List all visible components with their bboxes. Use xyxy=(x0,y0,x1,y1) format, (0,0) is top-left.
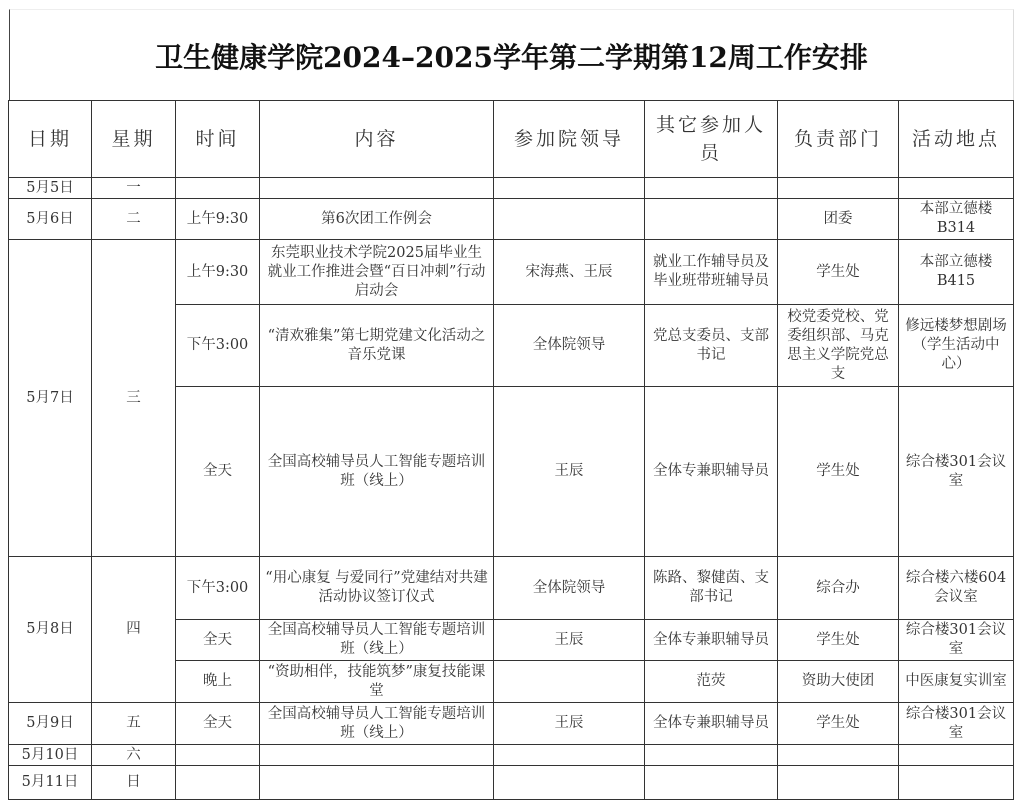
date-cell: 5月5日 xyxy=(8,177,92,199)
department-cell: 学生处 xyxy=(777,386,899,557)
others-cell xyxy=(644,765,778,800)
content-cell xyxy=(259,744,494,766)
header-date: 日期 xyxy=(8,100,92,178)
time-cell: 上午9:30 xyxy=(175,239,260,305)
time-cell: 全天 xyxy=(175,702,260,745)
date-cell: 5月7日 xyxy=(8,239,92,557)
department-cell: 综合办 xyxy=(777,556,899,620)
location-cell: 综合楼301会议室 xyxy=(898,702,1014,745)
header-location: 活动地点 xyxy=(898,100,1014,178)
others-cell: 就业工作辅导员及毕业班带班辅导员 xyxy=(644,239,778,305)
time-cell: 下午3:00 xyxy=(175,304,260,387)
location-cell: 修远楼梦想剧场（学生活动中心） xyxy=(898,304,1014,387)
location-cell xyxy=(898,177,1014,199)
department-cell: 学生处 xyxy=(777,702,899,745)
time-cell: 下午3:00 xyxy=(175,556,260,620)
header-content: 内容 xyxy=(259,100,494,178)
leaders-cell: 王辰 xyxy=(493,386,645,557)
leaders-cell: 王辰 xyxy=(493,619,645,661)
time-cell: 全天 xyxy=(175,619,260,661)
leaders-cell xyxy=(493,744,645,766)
time-cell: 全天 xyxy=(175,386,260,557)
others-cell: 党总支委员、支部书记 xyxy=(644,304,778,387)
header-others: 其它参加人员 xyxy=(644,100,778,178)
header-department: 负责部门 xyxy=(777,100,899,178)
content-cell xyxy=(259,177,494,199)
content-cell: “用心康复 与爱同行”党建结对共建活动协议签订仪式 xyxy=(259,556,494,620)
time-cell: 晚上 xyxy=(175,660,260,703)
content-cell: 全国高校辅导员人工智能专题培训班（线上） xyxy=(259,619,494,661)
content-cell: 第6次团工作例会 xyxy=(259,198,494,240)
leaders-cell: 王辰 xyxy=(493,702,645,745)
department-cell xyxy=(777,177,899,199)
others-cell xyxy=(644,198,778,240)
location-cell: 综合楼301会议室 xyxy=(898,619,1014,661)
weekday-cell: 日 xyxy=(91,765,176,800)
leaders-cell: 全体院领导 xyxy=(493,556,645,620)
date-cell: 5月10日 xyxy=(8,744,92,766)
location-cell: 综合楼301会议室 xyxy=(898,386,1014,557)
leaders-cell: 宋海燕、王辰 xyxy=(493,239,645,305)
content-cell xyxy=(259,765,494,800)
schedule-table: 日期 星期 时间 内容 参加院领导 其它参加人员 负责部门 活动地点 5月5日 … xyxy=(0,0,1024,810)
department-cell: 资助大使团 xyxy=(777,660,899,703)
time-cell: 上午9:30 xyxy=(175,198,260,240)
others-cell xyxy=(644,744,778,766)
others-cell: 全体专兼职辅导员 xyxy=(644,619,778,661)
others-cell: 范荧 xyxy=(644,660,778,703)
leaders-cell xyxy=(493,660,645,703)
weekday-cell: 二 xyxy=(91,198,176,240)
content-cell: 东莞职业技术学院2025届毕业生就业工作推进会暨“百日冲刺”行动启动会 xyxy=(259,239,494,305)
location-cell xyxy=(898,765,1014,800)
department-cell xyxy=(777,744,899,766)
content-cell: “资助相伴，技能筑梦”康复技能课堂 xyxy=(259,660,494,703)
header-leaders: 参加院领导 xyxy=(493,100,645,178)
location-cell: 综合楼六楼604会议室 xyxy=(898,556,1014,620)
location-cell: 本部立德楼B415 xyxy=(898,239,1014,305)
content-cell: 全国高校辅导员人工智能专题培训班（线上） xyxy=(259,386,494,557)
header-time: 时间 xyxy=(175,100,260,178)
location-cell xyxy=(898,744,1014,766)
date-cell: 5月6日 xyxy=(8,198,92,240)
leaders-cell xyxy=(493,198,645,240)
location-cell: 本部立德楼B314 xyxy=(898,198,1014,240)
department-cell: 学生处 xyxy=(777,619,899,661)
weekday-cell: 五 xyxy=(91,702,176,745)
others-cell: 陈路、黎健茵、支部书记 xyxy=(644,556,778,620)
weekday-cell: 四 xyxy=(91,556,176,703)
others-cell: 全体专兼职辅导员 xyxy=(644,386,778,557)
leaders-cell: 全体院领导 xyxy=(493,304,645,387)
department-cell xyxy=(777,765,899,800)
time-cell xyxy=(175,177,260,199)
others-cell: 全体专兼职辅导员 xyxy=(644,702,778,745)
weekday-cell: 三 xyxy=(91,239,176,557)
content-cell: 全国高校辅导员人工智能专题培训班（线上） xyxy=(259,702,494,745)
department-cell: 团委 xyxy=(777,198,899,240)
date-cell: 5月8日 xyxy=(8,556,92,703)
header-weekday: 星期 xyxy=(91,100,176,178)
department-cell: 校党委党校、党委组织部、马克思主义学院党总支 xyxy=(777,304,899,387)
others-cell xyxy=(644,177,778,199)
date-cell: 5月9日 xyxy=(8,702,92,745)
weekday-cell: 一 xyxy=(91,177,176,199)
date-cell: 5月11日 xyxy=(8,765,92,800)
leaders-cell xyxy=(493,177,645,199)
time-cell xyxy=(175,765,260,800)
time-cell xyxy=(175,744,260,766)
weekday-cell: 六 xyxy=(91,744,176,766)
location-cell: 中医康复实训室 xyxy=(898,660,1014,703)
content-cell: “清欢雅集”第七期党建文化活动之音乐党课 xyxy=(259,304,494,387)
department-cell: 学生处 xyxy=(777,239,899,305)
leaders-cell xyxy=(493,765,645,800)
